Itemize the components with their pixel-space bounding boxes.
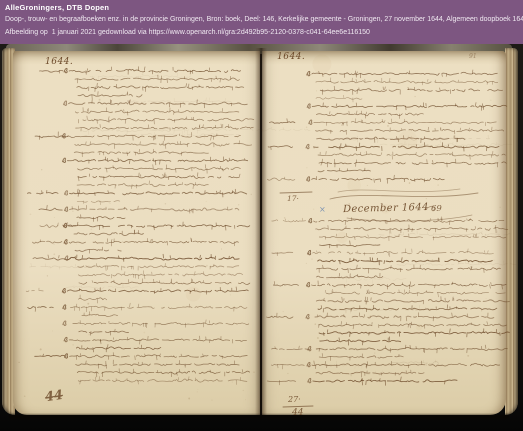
- record-subtitle: Doop-, trouw- en begraafboeken enz. in d…: [5, 15, 523, 24]
- right-page-stack-edge: [505, 48, 518, 415]
- book-gutter: [255, 48, 267, 415]
- record-title: AlleGroningers, DTB Dopen: [5, 3, 109, 12]
- record-caption-banner: AlleGroningers, DTB Dopen Doop-, trouw- …: [0, 0, 523, 44]
- book-bottom-shadow: [8, 413, 510, 421]
- left-manuscript-page: [13, 51, 260, 415]
- record-viewer-screenshot: AlleGroningers, DTB Dopen Doop-, trouw- …: [0, 0, 523, 431]
- right-manuscript-page: [262, 51, 506, 415]
- download-note: Afbeelding op 1 januari 2021 gedownload …: [5, 28, 370, 37]
